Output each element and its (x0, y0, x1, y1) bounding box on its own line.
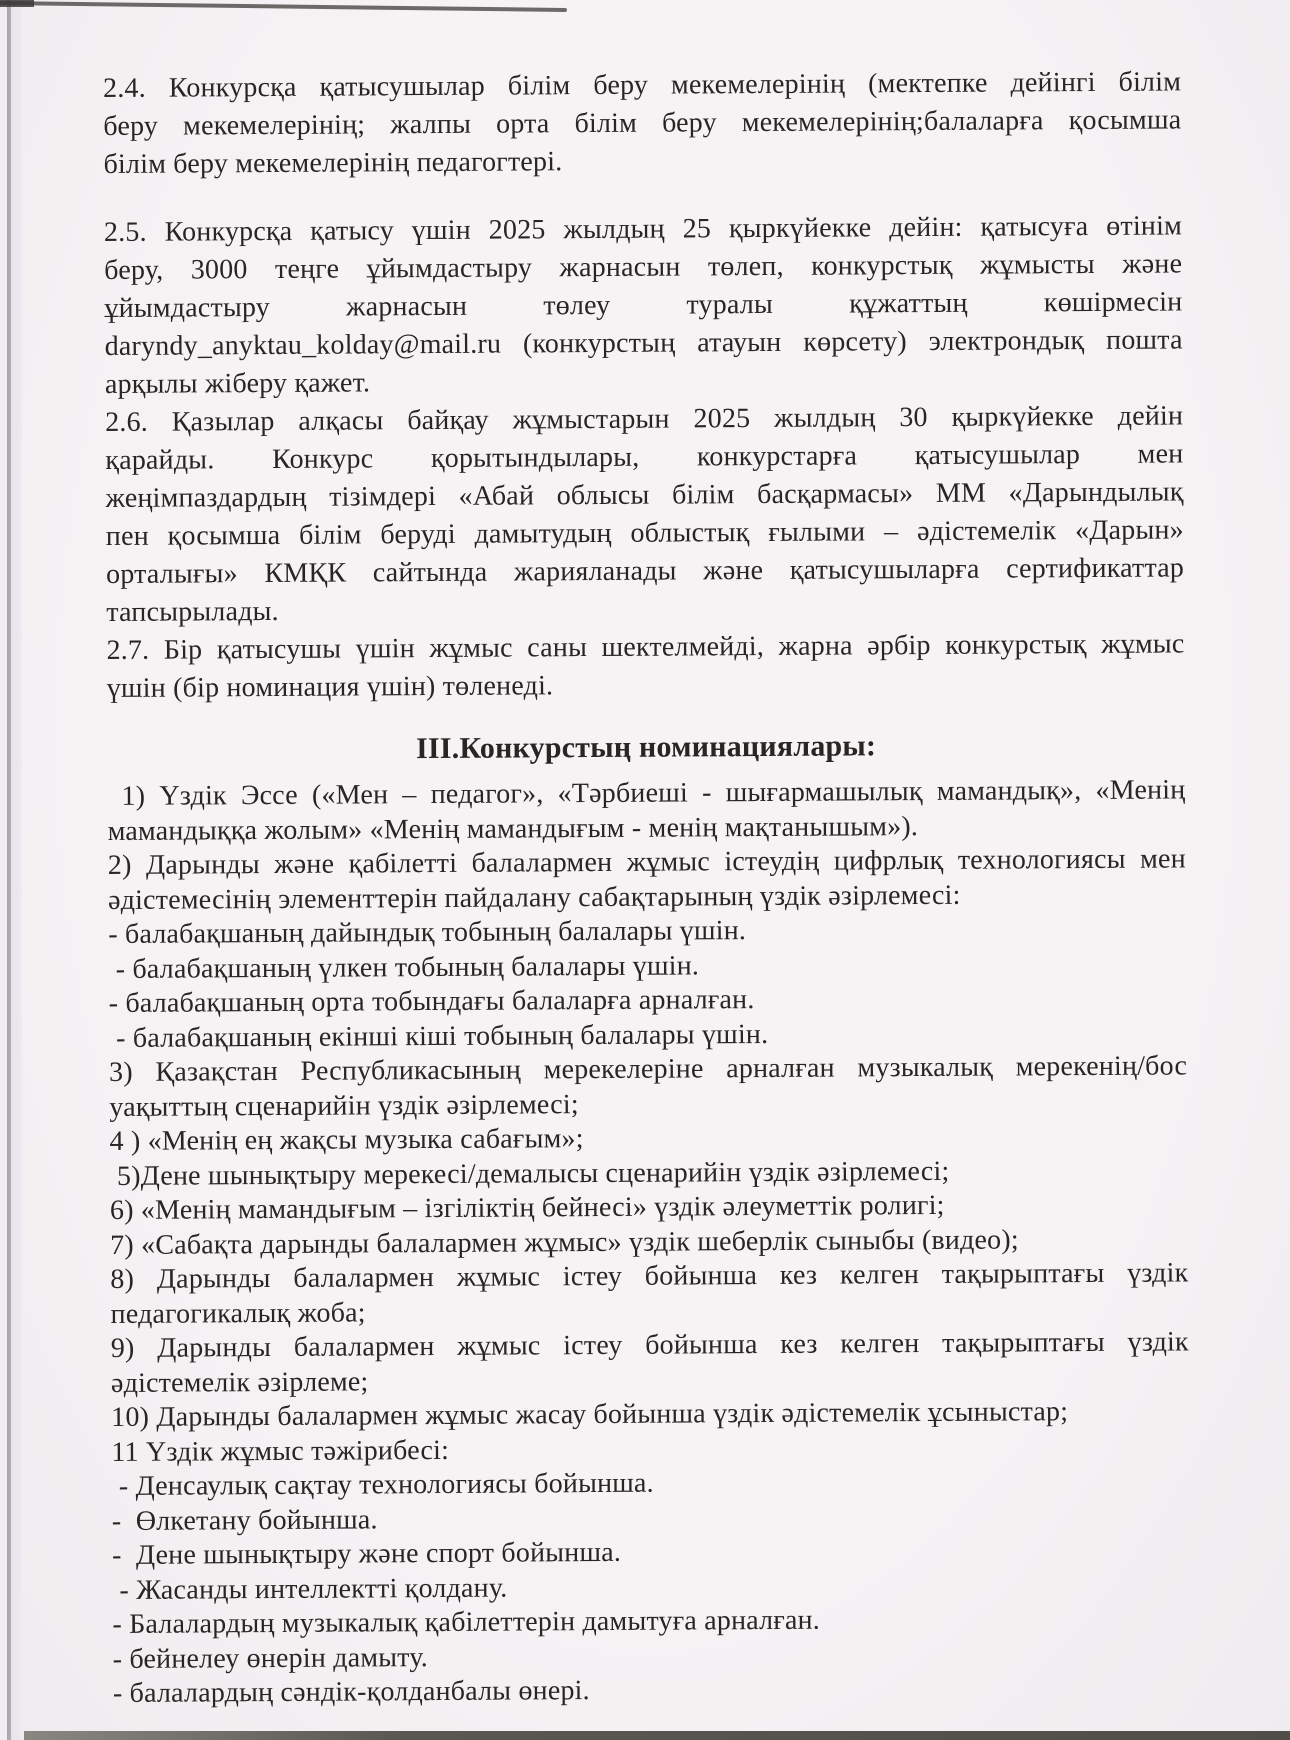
text-line: үшін (бір номинация үшін) төленеді. (107, 663, 1185, 708)
section-heading: III.Конкурстың номинациялары: (107, 723, 1185, 772)
text-line: 2.5. Конкурсқа қатысу үшін 2025 жылдың 2… (104, 207, 1182, 252)
text-line: тапсырылады. (106, 587, 1184, 632)
text-line: 8) Дарынды балалармен жұмыс істеу бойынш… (110, 1256, 1188, 1297)
text-line: daryndy_anyktau_kolday@mail.ru (конкурст… (105, 321, 1183, 366)
text-line: 10) Дарынды балалармен жұмыс жасау бойын… (111, 1394, 1189, 1435)
text-line: - балалардың сәндік-қолданбалы өнері. (113, 1670, 1191, 1711)
scan-corner-mark (0, 0, 34, 7)
text-line: 2.4. Конкурсқа қатысушылар білім беру ме… (103, 63, 1181, 108)
scan-left-edge-shadow (0, 0, 22, 1740)
text-line: қарайды. Конкурс қорытындылары, конкурст… (105, 435, 1183, 480)
text-line: 2) Дарынды және қабілетті балалармен жұм… (108, 842, 1186, 883)
scan-bottom-edge-shadow (24, 1731, 1290, 1740)
text-line: 9) Дарынды балалармен жұмыс істеу бойынш… (111, 1325, 1189, 1366)
text-line: жеңімпаздардың тізімдері «Абай облысы бі… (105, 473, 1183, 518)
para-2-5: 2.5. Конкурсқа қатысу үшін 2025 жылдың 2… (104, 207, 1183, 404)
text-line: пен қосымша білім беруді дамытудың облыс… (106, 511, 1184, 556)
para-2-7: 2.7. Бір қатысушы үшін жұмыс саны шектел… (106, 625, 1184, 708)
para-2-4: 2.4. Конкурсқа қатысушылар білім беру ме… (103, 63, 1182, 184)
text-line: 3) Қазақстан Республикасының мерекелерін… (109, 1049, 1187, 1090)
text-line: білім беру мекемелерінің педагогтері. (103, 139, 1181, 184)
text-line: 1) Үздік Эссе («Мен – педагог», «Тәрбиеш… (107, 773, 1185, 814)
text-line: 2.6. Қазылар алқасы байқау жұмыстарын 20… (105, 397, 1183, 442)
scanned-document-page: { "document": { "heading": "III.Конкурст… (0, 0, 1290, 1740)
para-2-6: 2.6. Қазылар алқасы байқау жұмыстарын 20… (105, 397, 1184, 632)
text-line: орталығы» КМҚК сайтында жарияланады және… (106, 549, 1184, 594)
text-line: беру мекемелерінің; жалпы орта білім бер… (103, 101, 1181, 146)
page-content: 2.4. Конкурсқа қатысушылар білім беру ме… (103, 63, 1191, 1711)
text-line: ұйымдастыру жарнасын төлеу туралы құжатт… (104, 283, 1182, 328)
text-line: 2.7. Бір қатысушы үшін жұмыс саны шектел… (106, 625, 1184, 670)
text-line: арқылы жіберу қажет. (105, 359, 1183, 404)
scan-top-edge-line (0, 0, 620, 16)
text-line: беру, 3000 теңге ұйымдастыру жарнасын тө… (104, 245, 1182, 290)
nominations-list: 1) Үздік Эссе («Мен – педагог», «Тәрбиеш… (107, 773, 1191, 1711)
